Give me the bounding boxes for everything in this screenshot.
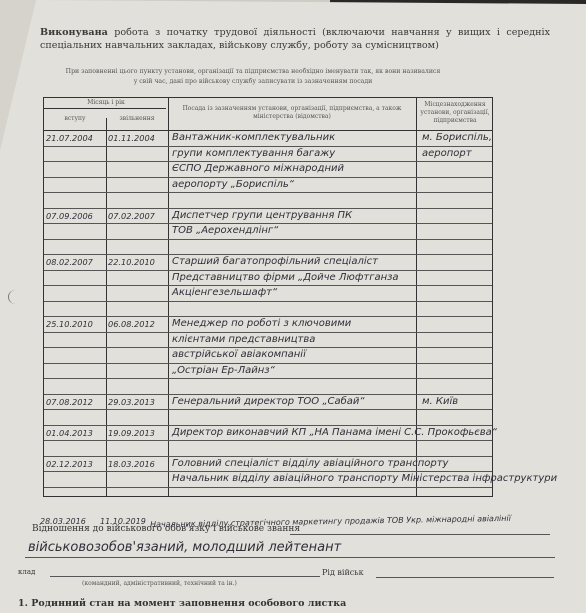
leave-date: 06.08.2012 (108, 319, 155, 329)
leave-date: 01.11.2004 (108, 133, 155, 143)
row-divider (44, 425, 492, 426)
ruled-line (44, 409, 492, 410)
header-position: Посада із зазначенням установи, організа… (178, 105, 406, 121)
location-line: м. Бориспіль, (422, 132, 492, 143)
col-divider (168, 98, 169, 496)
location-line: м. Київ (422, 396, 458, 407)
position-line: Головний спеціаліст відділу авіаційного … (172, 458, 448, 469)
leave-date: 19.09.2013 (108, 428, 155, 438)
row-divider (44, 394, 492, 395)
heading-text: робота з початку трудової діяльності (вк… (40, 27, 550, 51)
ruled-line (44, 363, 492, 364)
military-underline (290, 534, 550, 535)
military-value-underline (25, 557, 555, 558)
ruled-line (44, 192, 492, 193)
position-line: Вантажник-комплектувальник (172, 132, 335, 143)
ruled-line (44, 440, 492, 441)
entry-date: 25.10.2010 (46, 319, 93, 329)
ruled-line (44, 301, 492, 302)
heading-bold: Виконувана (40, 27, 108, 38)
section-heading: Виконувана робота з початку трудової дія… (40, 27, 550, 52)
position-line: Генеральний директор ТОО „Сабай“ (172, 396, 365, 407)
ruled-line (44, 223, 492, 224)
leave-date: 07.02.2007 (108, 211, 155, 221)
entry-date: 08.02.2007 (46, 257, 93, 267)
section1-label: 1. Родинний стан на момент заповнення ос… (18, 598, 346, 609)
staff-underline (50, 576, 320, 577)
staff-hint: (командний, адміністративний, технічний … (82, 580, 237, 587)
entry-date: 21.07.2004 (46, 133, 93, 143)
position-line: Старший багатопрофільний спеціаліст (172, 256, 378, 267)
ruled-line (44, 239, 492, 240)
position-line: клієнтами представництва (172, 334, 315, 345)
ruled-line (44, 332, 492, 333)
branch-underline (376, 577, 554, 578)
staff-label: клад (18, 568, 35, 576)
position-line: Представництво фірми „Дойче Люфтганза (172, 272, 399, 283)
location-line: аеропорт (422, 148, 472, 159)
header-divider (44, 108, 166, 109)
note-line-2: у свій час, дані про військову службу за… (28, 77, 478, 87)
ruled-line (44, 161, 492, 162)
employment-table: Місяць і рік вступу звільнення Посада із… (43, 97, 493, 497)
position-line: Менеджер по роботі з ключовими (172, 318, 351, 329)
header-location: Місцезнаходження установи, організації, … (420, 101, 490, 125)
position-line: групи комплектування багажу (172, 148, 335, 159)
position-line: ТОВ „Аерохендлінг“ (172, 225, 278, 236)
military-value: військовозобов'язаний, молодший лейтенан… (28, 540, 341, 555)
position-line: „Остріан Ер-Лайнз“ (172, 365, 275, 376)
leave-date: 29.03.2013 (108, 397, 155, 407)
ruled-line (44, 146, 492, 147)
note-line-1: При заповненні цього пункту установи, ор… (28, 67, 478, 77)
ruled-line (44, 285, 492, 286)
header-entry: вступу (44, 115, 106, 123)
position-line: аеропорту „Бориспіль“ (172, 179, 294, 190)
position-line: Диспетчер групи центрування ПК (172, 210, 352, 221)
header-leave: звільнення (106, 115, 168, 123)
military-label: Відношення до військового обов'язку і ві… (32, 524, 300, 534)
row-divider (44, 487, 492, 488)
entry-date: 02.12.2013 (46, 459, 93, 469)
entry-date: 01.04.2013 (46, 428, 93, 438)
ruled-line (44, 378, 492, 379)
leave-date: 18.03.2016 (108, 459, 155, 469)
header-bottom (44, 130, 492, 131)
position-line: Директор виконавчий КП „НА Панама імені … (172, 427, 497, 438)
ruled-line (44, 347, 492, 348)
leave-date: 22.10.2010 (108, 257, 155, 267)
row-divider (44, 254, 492, 255)
ruled-line (44, 471, 492, 472)
row-divider (44, 456, 492, 457)
position-line: ЄСПО Державного міжнародний (172, 163, 344, 174)
ruled-line (44, 270, 492, 271)
ruled-line (44, 177, 492, 178)
position-line: Акціенгезельшафт“ (172, 287, 277, 298)
hole-mark (8, 290, 23, 304)
entry-date: 07.08.2012 (46, 397, 93, 407)
row-divider (44, 316, 492, 317)
position-line: Начальник відділу авіаційного транспорту… (172, 473, 557, 484)
instruction-note: При заповненні цього пункту установи, ор… (28, 67, 478, 87)
header-month-year: Місяць і рік (44, 99, 168, 107)
branch-label: Рід військ (322, 568, 364, 577)
entry-date: 07.09.2006 (46, 211, 93, 221)
row-divider (44, 208, 492, 209)
position-line: австрійської авіакомпанії (172, 349, 306, 360)
